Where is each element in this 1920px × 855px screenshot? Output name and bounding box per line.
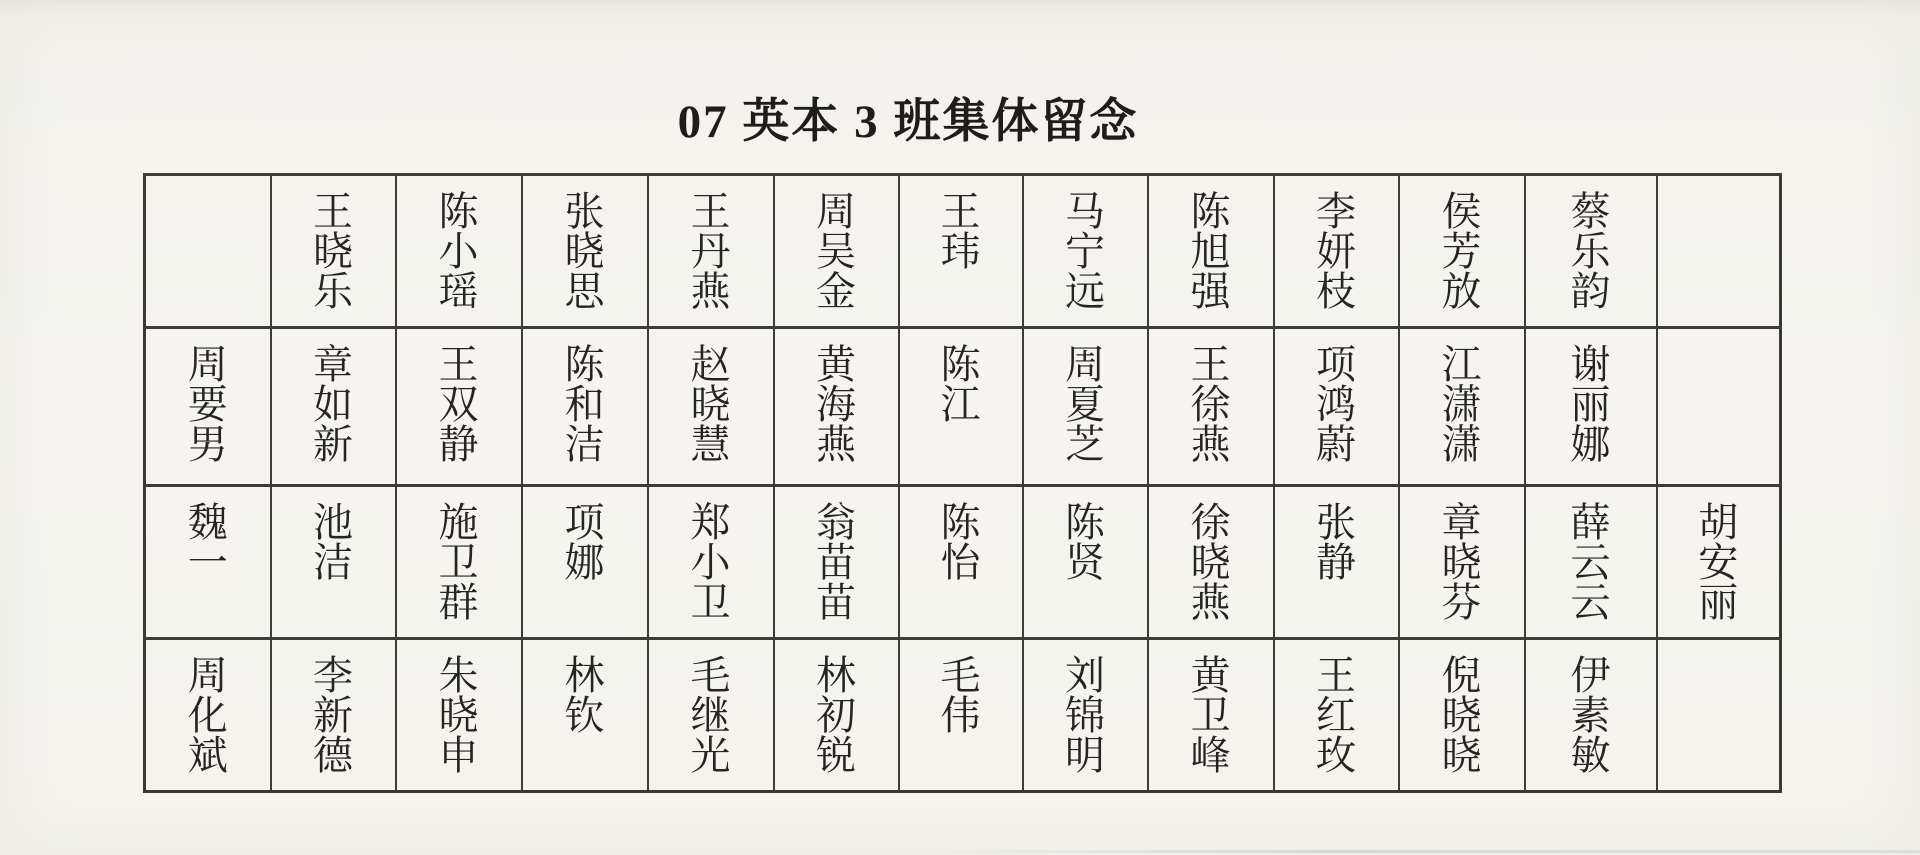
name-char: 张 — [1316, 503, 1356, 543]
name-char: 申 — [439, 736, 479, 776]
vertical-name: 陈和洁 — [523, 329, 647, 479]
name-cell: 王晓乐 — [271, 175, 396, 328]
name-char: 双 — [439, 385, 479, 425]
name-cell: 魏一 — [145, 486, 271, 639]
name-cell: 谢丽娜 — [1525, 328, 1657, 486]
name-cell: 王玮 — [899, 175, 1023, 328]
vertical-name: 周夏芝 — [1024, 329, 1147, 479]
vertical-name: 李妍枝 — [1275, 176, 1398, 326]
name-char: 侯 — [1442, 192, 1482, 232]
name-char: 和 — [565, 385, 605, 425]
name-char: 陈 — [941, 345, 981, 385]
vertical-name: 施卫群 — [397, 487, 521, 637]
name-cell: 张静 — [1274, 486, 1399, 639]
name-char: 敏 — [1571, 736, 1611, 776]
empty-cell — [1657, 639, 1781, 792]
name-char: 新 — [313, 696, 353, 736]
name-char: 群 — [439, 583, 479, 623]
name-char: 峰 — [1191, 736, 1231, 776]
name-cell: 周夏芝 — [1023, 328, 1148, 486]
vertical-name: 翁苗苗 — [775, 487, 898, 637]
name-cell: 李妍枝 — [1274, 175, 1399, 328]
name-char: 初 — [816, 696, 856, 736]
empty-cell — [145, 175, 271, 328]
name-cell: 朱晓申 — [396, 639, 522, 792]
name-char: 蔡 — [1571, 192, 1611, 232]
name-char: 潇 — [1442, 425, 1482, 465]
name-cell: 徐晓燕 — [1148, 486, 1274, 639]
vertical-name: 侯芳放 — [1400, 176, 1524, 326]
name-char: 小 — [691, 543, 731, 583]
vertical-name: 江潇潇 — [1400, 329, 1524, 479]
name-char: 明 — [1065, 736, 1105, 776]
name-char: 王 — [1191, 345, 1231, 385]
vertical-name: 陈江 — [900, 329, 1022, 439]
vertical-name: 池洁 — [272, 487, 395, 597]
name-char: 静 — [1316, 543, 1356, 583]
name-cell: 池洁 — [271, 486, 396, 639]
vertical-name: 毛伟 — [900, 640, 1022, 750]
name-char: 瑶 — [439, 272, 479, 312]
name-char: 徐 — [1191, 503, 1231, 543]
name-char: 燕 — [691, 272, 731, 312]
name-char: 周 — [816, 192, 856, 232]
name-char: 潇 — [1442, 385, 1482, 425]
name-cell: 陈怡 — [899, 486, 1023, 639]
name-char: 丽 — [1698, 583, 1738, 623]
name-char: 海 — [816, 385, 856, 425]
name-char: 黄 — [816, 345, 856, 385]
name-char: 晓 — [439, 696, 479, 736]
name-char: 小 — [439, 232, 479, 272]
name-cell: 周要男 — [145, 328, 271, 486]
name-cell: 陈和洁 — [522, 328, 648, 486]
name-char: 陈 — [1191, 192, 1231, 232]
name-char: 陈 — [1065, 503, 1105, 543]
table-row: 周要男章如新王双静陈和洁赵晓慧黄海燕陈江周夏芝王徐燕项鸿蔚江潇潇谢丽娜 — [145, 328, 1781, 486]
name-char: 王 — [439, 345, 479, 385]
name-char: 章 — [313, 345, 353, 385]
name-cell: 黄卫峰 — [1148, 639, 1274, 792]
name-char: 薛 — [1571, 503, 1611, 543]
vertical-name: 薛云云 — [1526, 487, 1656, 637]
name-cell: 陈小瑶 — [396, 175, 522, 328]
name-char: 红 — [1316, 696, 1356, 736]
name-char: 继 — [691, 696, 731, 736]
name-char: 黄 — [1191, 656, 1231, 696]
vertical-name: 林初锐 — [775, 640, 898, 790]
name-char: 金 — [816, 272, 856, 312]
name-char: 玮 — [941, 232, 981, 272]
vertical-name: 倪晓晓 — [1400, 640, 1524, 790]
name-char: 王 — [1316, 656, 1356, 696]
name-char: 陈 — [439, 192, 479, 232]
vertical-name: 伊素敏 — [1526, 640, 1656, 790]
name-char: 江 — [1442, 345, 1482, 385]
name-char: 男 — [188, 425, 228, 465]
name-char: 慧 — [691, 425, 731, 465]
name-char: 玫 — [1316, 736, 1356, 776]
vertical-name — [1658, 640, 1780, 670]
name-char: 妍 — [1316, 232, 1356, 272]
name-char: 斌 — [188, 736, 228, 776]
vertical-name: 王红玫 — [1275, 640, 1398, 790]
vertical-name: 王晓乐 — [272, 176, 395, 326]
name-cell: 章晓芬 — [1399, 486, 1525, 639]
name-char: 毛 — [941, 656, 981, 696]
name-cell: 蔡乐韵 — [1525, 175, 1657, 328]
name-char: 郑 — [691, 503, 731, 543]
name-cell: 林钦 — [522, 639, 648, 792]
name-char: 丽 — [1571, 385, 1611, 425]
name-cell: 赵晓慧 — [648, 328, 774, 486]
name-char: 林 — [816, 656, 856, 696]
name-char: 云 — [1571, 543, 1611, 583]
page-title: 07 英本 3 班集体留念 — [0, 84, 1868, 151]
name-char: 一 — [188, 543, 228, 583]
name-char: 晓 — [1442, 736, 1482, 776]
name-char: 江 — [941, 385, 981, 425]
vertical-name: 郑小卫 — [649, 487, 773, 637]
name-char: 章 — [1442, 503, 1482, 543]
name-char: 王 — [313, 192, 353, 232]
name-cell: 周化斌 — [145, 639, 271, 792]
name-char: 魏 — [188, 503, 228, 543]
vertical-name: 项鸿蔚 — [1275, 329, 1398, 479]
name-cell: 胡安丽 — [1657, 486, 1781, 639]
name-char: 周 — [188, 656, 228, 696]
vertical-name: 胡安丽 — [1658, 487, 1780, 637]
name-cell: 薛云云 — [1525, 486, 1657, 639]
name-char: 德 — [313, 736, 353, 776]
name-char: 苗 — [816, 583, 856, 623]
name-cell: 黄海燕 — [774, 328, 899, 486]
name-cell: 周吴金 — [774, 175, 899, 328]
vertical-name: 毛继光 — [649, 640, 773, 790]
name-char: 胡 — [1698, 503, 1738, 543]
name-cell: 林初锐 — [774, 639, 899, 792]
empty-cell — [1657, 175, 1781, 328]
vertical-name: 张晓思 — [523, 176, 647, 326]
name-char: 强 — [1191, 272, 1231, 312]
name-char: 晓 — [1442, 543, 1482, 583]
name-char: 云 — [1571, 583, 1611, 623]
name-char: 伊 — [1571, 656, 1611, 696]
name-char: 林 — [565, 656, 605, 696]
name-char: 枝 — [1316, 272, 1356, 312]
name-char: 新 — [313, 425, 353, 465]
name-cell: 施卫群 — [396, 486, 522, 639]
table-row: 魏一池洁施卫群项娜郑小卫翁苗苗陈怡陈贤徐晓燕张静章晓芬薛云云胡安丽 — [145, 486, 1781, 639]
vertical-name: 周要男 — [146, 329, 270, 479]
name-char: 燕 — [1191, 425, 1231, 465]
name-char: 乐 — [1571, 232, 1611, 272]
name-char: 翁 — [816, 503, 856, 543]
vertical-name: 章如新 — [272, 329, 395, 479]
name-char: 晓 — [1191, 543, 1231, 583]
name-char: 李 — [313, 656, 353, 696]
vertical-name: 徐晓燕 — [1149, 487, 1273, 637]
name-cell: 王丹燕 — [648, 175, 774, 328]
vertical-name: 蔡乐韵 — [1526, 176, 1656, 326]
vertical-name: 马宁远 — [1024, 176, 1147, 326]
name-char: 钦 — [565, 696, 605, 736]
name-char: 洁 — [565, 425, 605, 465]
vertical-name: 刘锦明 — [1024, 640, 1147, 790]
name-char: 朱 — [439, 656, 479, 696]
vertical-name: 王双静 — [397, 329, 521, 479]
name-cell: 马宁远 — [1023, 175, 1148, 328]
vertical-name: 李新德 — [272, 640, 395, 790]
scanned-document-page: 07 英本 3 班集体留念 王晓乐陈小瑶张晓思王丹燕周吴金王玮马宁远陈旭强李妍枝… — [0, 0, 1920, 855]
name-char: 谢 — [1571, 345, 1611, 385]
name-char: 苗 — [816, 543, 856, 583]
name-cell: 李新德 — [271, 639, 396, 792]
vertical-name: 黄卫峰 — [1149, 640, 1273, 790]
name-char: 王 — [941, 192, 981, 232]
roster-table-body: 王晓乐陈小瑶张晓思王丹燕周吴金王玮马宁远陈旭强李妍枝侯芳放蔡乐韵周要男章如新王双… — [145, 175, 1781, 792]
name-cell: 倪晓晓 — [1399, 639, 1525, 792]
vertical-name: 林钦 — [523, 640, 647, 750]
vertical-name: 王丹燕 — [649, 176, 773, 326]
name-char: 晓 — [313, 232, 353, 272]
vertical-name: 陈小瑶 — [397, 176, 521, 326]
name-char: 夏 — [1065, 385, 1105, 425]
name-char: 怡 — [941, 543, 981, 583]
name-cell: 陈旭强 — [1148, 175, 1274, 328]
name-char: 如 — [313, 385, 353, 425]
vertical-name: 王玮 — [900, 176, 1022, 286]
name-char: 刘 — [1065, 656, 1105, 696]
name-char: 晓 — [1442, 696, 1482, 736]
vertical-name — [1658, 176, 1780, 206]
name-char: 思 — [565, 272, 605, 312]
vertical-name — [1658, 329, 1780, 359]
vertical-name: 周吴金 — [775, 176, 898, 326]
name-cell: 毛伟 — [899, 639, 1023, 792]
name-char: 卫 — [691, 583, 731, 623]
scan-shade-artifact — [0, 0, 1920, 14]
name-cell: 陈江 — [899, 328, 1023, 486]
name-char: 周 — [1065, 345, 1105, 385]
name-char: 池 — [313, 503, 353, 543]
name-char: 晓 — [691, 385, 731, 425]
empty-cell — [1657, 328, 1781, 486]
name-char: 马 — [1065, 192, 1105, 232]
name-char: 洁 — [313, 543, 353, 583]
name-cell: 王红玫 — [1274, 639, 1399, 792]
name-char: 燕 — [816, 425, 856, 465]
vertical-name — [146, 176, 270, 206]
name-char: 卫 — [1191, 696, 1231, 736]
name-cell: 项娜 — [522, 486, 648, 639]
name-char: 鸿 — [1316, 385, 1356, 425]
name-char: 乐 — [313, 272, 353, 312]
name-char: 韵 — [1571, 272, 1611, 312]
name-char: 芬 — [1442, 583, 1482, 623]
name-char: 宁 — [1065, 232, 1105, 272]
name-char: 李 — [1316, 192, 1356, 232]
vertical-name: 谢丽娜 — [1526, 329, 1656, 479]
name-char: 静 — [439, 425, 479, 465]
name-char: 伟 — [941, 696, 981, 736]
name-char: 素 — [1571, 696, 1611, 736]
name-cell: 伊素敏 — [1525, 639, 1657, 792]
name-char: 吴 — [816, 232, 856, 272]
name-char: 安 — [1698, 543, 1738, 583]
name-cell: 郑小卫 — [648, 486, 774, 639]
name-char: 项 — [565, 503, 605, 543]
name-char: 化 — [188, 696, 228, 736]
vertical-name: 张静 — [1275, 487, 1398, 597]
vertical-name: 赵晓慧 — [649, 329, 773, 479]
name-char: 要 — [188, 385, 228, 425]
vertical-name: 魏一 — [146, 487, 270, 597]
name-cell: 王徐燕 — [1148, 328, 1274, 486]
vertical-name: 周化斌 — [146, 640, 270, 790]
name-char: 锐 — [816, 736, 856, 776]
name-cell: 江潇潇 — [1399, 328, 1525, 486]
name-char: 远 — [1065, 272, 1105, 312]
name-char: 旭 — [1191, 232, 1231, 272]
vertical-name: 王徐燕 — [1149, 329, 1273, 479]
name-char: 陈 — [565, 345, 605, 385]
name-char: 蔚 — [1316, 425, 1356, 465]
name-char: 徐 — [1191, 385, 1231, 425]
name-char: 晓 — [565, 232, 605, 272]
table-row: 周化斌李新德朱晓申林钦毛继光林初锐毛伟刘锦明黄卫峰王红玫倪晓晓伊素敏 — [145, 639, 1781, 792]
name-char: 倪 — [1442, 656, 1482, 696]
name-cell: 毛继光 — [648, 639, 774, 792]
vertical-name: 朱晓申 — [397, 640, 521, 790]
name-char: 施 — [439, 503, 479, 543]
name-char: 张 — [565, 192, 605, 232]
name-cell: 章如新 — [271, 328, 396, 486]
name-char: 毛 — [691, 656, 731, 696]
table-row: 王晓乐陈小瑶张晓思王丹燕周吴金王玮马宁远陈旭强李妍枝侯芳放蔡乐韵 — [145, 175, 1781, 328]
vertical-name: 陈旭强 — [1149, 176, 1273, 326]
vertical-name: 陈贤 — [1024, 487, 1147, 597]
name-cell: 陈贤 — [1023, 486, 1148, 639]
name-char: 娜 — [565, 543, 605, 583]
name-cell: 项鸿蔚 — [1274, 328, 1399, 486]
vertical-name: 项娜 — [523, 487, 647, 597]
name-char: 芳 — [1442, 232, 1482, 272]
name-char: 陈 — [941, 503, 981, 543]
name-cell: 刘锦明 — [1023, 639, 1148, 792]
name-char: 锦 — [1065, 696, 1105, 736]
vertical-name: 陈怡 — [900, 487, 1022, 597]
name-cell: 侯芳放 — [1399, 175, 1525, 328]
name-char: 卫 — [439, 543, 479, 583]
vertical-name: 章晓芬 — [1400, 487, 1524, 637]
name-cell: 张晓思 — [522, 175, 648, 328]
name-char: 赵 — [691, 345, 731, 385]
name-char: 芝 — [1065, 425, 1105, 465]
name-char: 放 — [1442, 272, 1482, 312]
name-char: 贤 — [1065, 543, 1105, 583]
name-char: 丹 — [691, 232, 731, 272]
name-char: 王 — [691, 192, 731, 232]
name-char: 娜 — [1571, 425, 1611, 465]
name-char: 光 — [691, 736, 731, 776]
name-char: 项 — [1316, 345, 1356, 385]
vertical-name: 黄海燕 — [775, 329, 898, 479]
class-roster-table: 王晓乐陈小瑶张晓思王丹燕周吴金王玮马宁远陈旭强李妍枝侯芳放蔡乐韵周要男章如新王双… — [143, 173, 1782, 793]
name-cell: 翁苗苗 — [774, 486, 899, 639]
scan-edge-artifact — [920, 850, 1920, 853]
name-cell: 王双静 — [396, 328, 522, 486]
name-char: 周 — [188, 345, 228, 385]
name-char: 燕 — [1191, 583, 1231, 623]
